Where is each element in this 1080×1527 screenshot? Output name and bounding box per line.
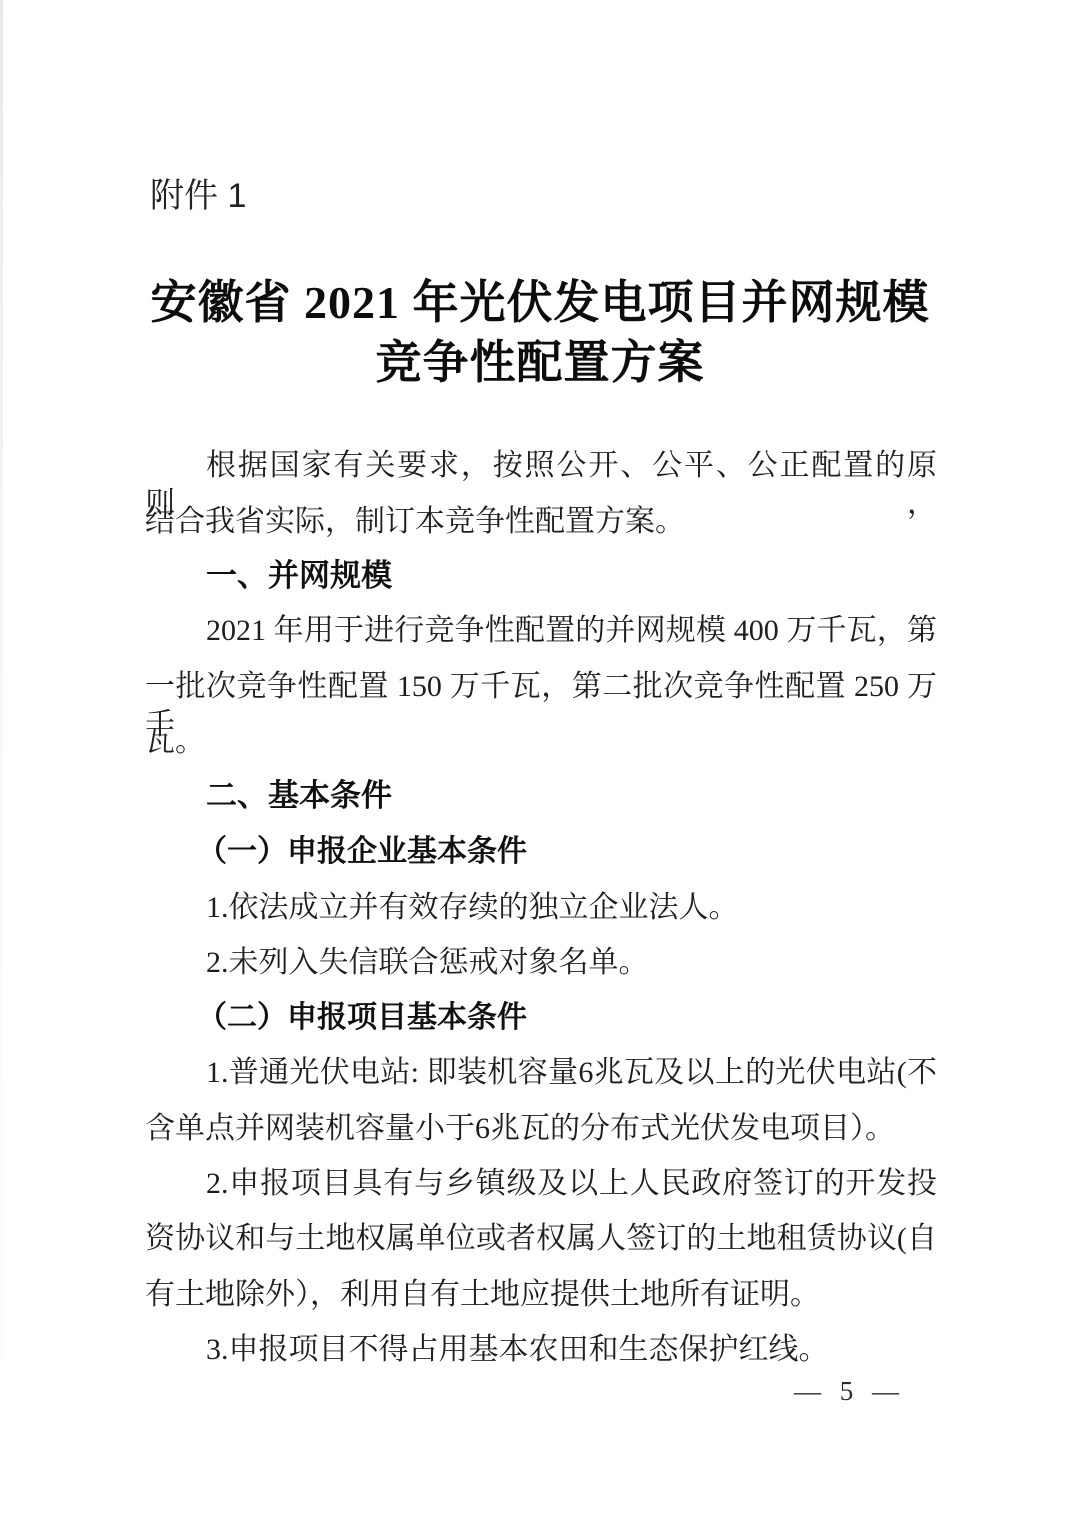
attachment-label: 附件 1 [150, 168, 246, 217]
list-item: 2.申报项目具有与乡镇级及以上人民政府签订的开发投 [145, 1165, 937, 1203]
list-item: 1.普通光伏电站: 即装机容量6兆瓦及以上的光伏电站(不 [145, 1054, 937, 1092]
paragraph-line: 资协议和与土地权属单位或者权属人签订的土地租赁协议(自 [145, 1220, 937, 1258]
footer-page-number: — 5 — [794, 1376, 905, 1407]
list-item: 1.依法成立并有效存续的独立企业法人。 [145, 889, 937, 927]
paragraph-line: 瓦。 [145, 723, 937, 761]
list-item: 3.申报项目不得占用基本农田和生态保护红线。 [145, 1331, 937, 1369]
paragraph-line: 有土地除外），利用自有土地应提供土地所有证明。 [145, 1276, 937, 1314]
document-title-line1: 安徽省 2021 年光伏发电项目并网规模 [0, 266, 1080, 332]
subsection-heading-enterprise-conditions: （一）申报企业基本条件 [145, 833, 937, 871]
paragraph-line: 2021 年用于进行竞争性配置的并网规模 400 万千瓦，第 [145, 612, 937, 650]
section-heading-basic-conditions: 二、基本条件 [145, 777, 937, 816]
subsection-heading-project-conditions: （二）申报项目基本条件 [145, 999, 937, 1037]
section-heading-grid-scale: 一、并网规模 [145, 557, 937, 596]
paragraph-line: 结合我省实际，制订本竞争性配置方案。 [145, 503, 937, 541]
document-title-line2: 竞争性配置方案 [0, 326, 1080, 392]
list-item: 2.未列入失信联合惩戒对象名单。 [145, 944, 937, 982]
paragraph-line: 含单点并网装机容量小于6兆瓦的分布式光伏发电项目）。 [145, 1110, 937, 1148]
document-page: 附件 1 安徽省 2021 年光伏发电项目并网规模 竞争性配置方案 根据国家有关… [0, 0, 1080, 1527]
scan-edge [0, 0, 3, 1527]
